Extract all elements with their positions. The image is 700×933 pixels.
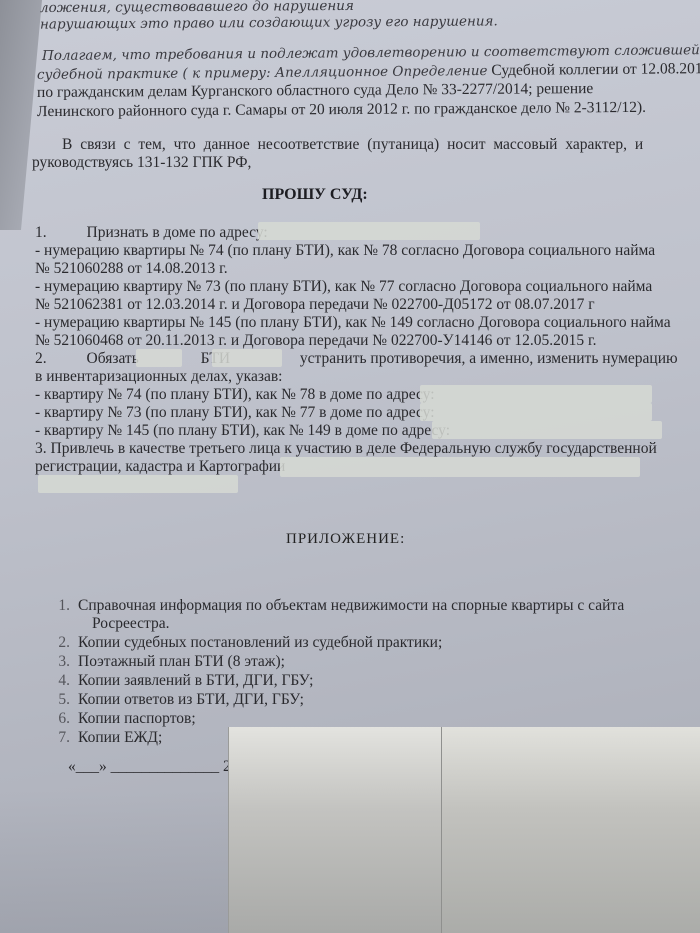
appendix-item-4-text: Копии заявлений в БТИ, ДГИ, ГБУ;: [78, 672, 313, 689]
appendix-item-1-number: 1.: [46, 597, 70, 615]
appendix-item-3-number: 3.: [46, 653, 70, 671]
appendix-item-5-number: 5.: [46, 691, 70, 709]
request-heading: ПРОШУ СУД:: [262, 186, 368, 204]
request-item-2: 2. Обязать БТИ устранить противоречия, а…: [35, 350, 678, 368]
request-item-2-line-4: - квартиру № 145 (по плану БТИ), как № 1…: [35, 422, 450, 440]
appendix-item-7-number: 7.: [46, 729, 70, 747]
appendix-item-5: 5.Копии ответов из БТИ, ДГИ, ГБУ;: [46, 691, 304, 709]
request-item-1-line-2: № 521060288 от 14.08.2013 г.: [35, 260, 228, 278]
request-item-2-obligate: Обязать: [87, 350, 139, 367]
request-item-2-text: устранить противоречия, а именно, измени…: [300, 350, 678, 367]
document-page: ложения, существовавшего до нарушения на…: [0, 0, 700, 933]
request-item-3-line-2: регистрации, кадастра и Картографии: [35, 458, 285, 476]
appendix-item-3-text: Поэтажный план БТИ (8 этаж);: [78, 653, 285, 670]
redacted-name-2: [212, 349, 282, 367]
redacted-address-4: [432, 421, 662, 439]
appendix-item-5-text: Копии ответов из БТИ, ДГИ, ГБУ;: [78, 691, 304, 708]
grounds-line-2: руководствуясь 131-132 ГПК РФ,: [32, 154, 251, 172]
request-item-1-line-6: № 521060468 от 20.11.2013 г. и Договора …: [35, 332, 597, 350]
request-item-2-line-3: - квартиру № 73 (по плану БТИ), как № 77…: [35, 404, 435, 422]
redacted-name-1: [136, 349, 182, 367]
request-item-1-line-3: - нумерацию квартиру № 73 (по плану БТИ)…: [35, 278, 652, 296]
appendix-item-2-text: Копии судебных постановлений из судебной…: [78, 634, 442, 651]
redacted-address: [258, 222, 480, 240]
practice-line-4: Ленинского районного суда г. Самары от 2…: [37, 99, 646, 121]
covering-paper-right: [441, 727, 700, 933]
page-shadow-bottom: [0, 790, 228, 933]
request-item-2-number: 2.: [35, 350, 47, 367]
appendix-item-6-number: 6.: [46, 710, 70, 728]
covering-paper-left: [228, 727, 441, 933]
request-item-1-line-4: № 521062381 от 12.03.2014 г. и Договора …: [35, 296, 595, 314]
appendix-item-2: 2.Копии судебных постановлений из судебн…: [46, 634, 442, 652]
request-item-1-number: 1.: [35, 224, 47, 241]
appendix-item-1-text: Справочная информация по объектам недвиж…: [78, 597, 624, 614]
request-item-1: 1. Признать в доме по адресу:: [35, 224, 268, 242]
appendix-item-1-cont: Росреестра.: [92, 615, 170, 633]
appendix-item-1: 1.Справочная информация по объектам недв…: [46, 597, 624, 615]
request-item-2-line-2: - квартиру № 74 (по плану БТИ), как № 78…: [35, 386, 435, 404]
practice-line-2-regular: Судебной коллегии от 12.08.2014: [487, 60, 700, 79]
appendix-item-6-text: Копии паспортов;: [78, 710, 196, 727]
appendix-item-6: 6.Копии паспортов;: [46, 710, 196, 728]
redacted-address-3: [420, 403, 652, 421]
request-item-3-line-1: 3. Привлечь в качестве третьего лица к у…: [35, 440, 657, 458]
practice-line-3: по гражданским делам Курганского областн…: [37, 80, 593, 102]
request-item-1-text: Признать в доме по адресу:: [87, 224, 268, 241]
appendix-item-4-number: 4.: [46, 672, 70, 690]
date-line: «___» ______________ 2: [68, 758, 231, 776]
appendix-item-3: 3.Поэтажный план БТИ (8 этаж);: [46, 653, 285, 671]
appendix-item-7-text: Копии ЕЖД;: [78, 729, 162, 746]
appendix-item-7: 7.Копии ЕЖД;: [46, 729, 162, 747]
redacted-agency-1: [280, 457, 640, 477]
redacted-address-2: [420, 385, 652, 403]
grounds-line-1: В связи с тем, что данное несоответствие…: [62, 136, 643, 154]
appendix-item-2-number: 2.: [46, 634, 70, 652]
request-item-2-line-1: в инвентаризационных делах, указав:: [35, 368, 282, 386]
request-item-1-line-5: - нумерацию квартиры № 145 (по плану БТИ…: [35, 314, 671, 332]
redacted-agency-2: [38, 475, 238, 493]
request-item-1-line-1: - нумерацию квартиры № 74 (по плану БТИ)…: [35, 242, 655, 260]
practice-line-2-italic: судебной практике ( к примеру: Апелляцио…: [37, 63, 488, 83]
appendix-item-4: 4.Копии заявлений в БТИ, ДГИ, ГБУ;: [46, 672, 313, 690]
appendix-heading: ПРИЛОЖЕНИЕ:: [286, 530, 405, 548]
top-cut-line-2: нарушающих это право или создающих угроз…: [40, 12, 498, 33]
